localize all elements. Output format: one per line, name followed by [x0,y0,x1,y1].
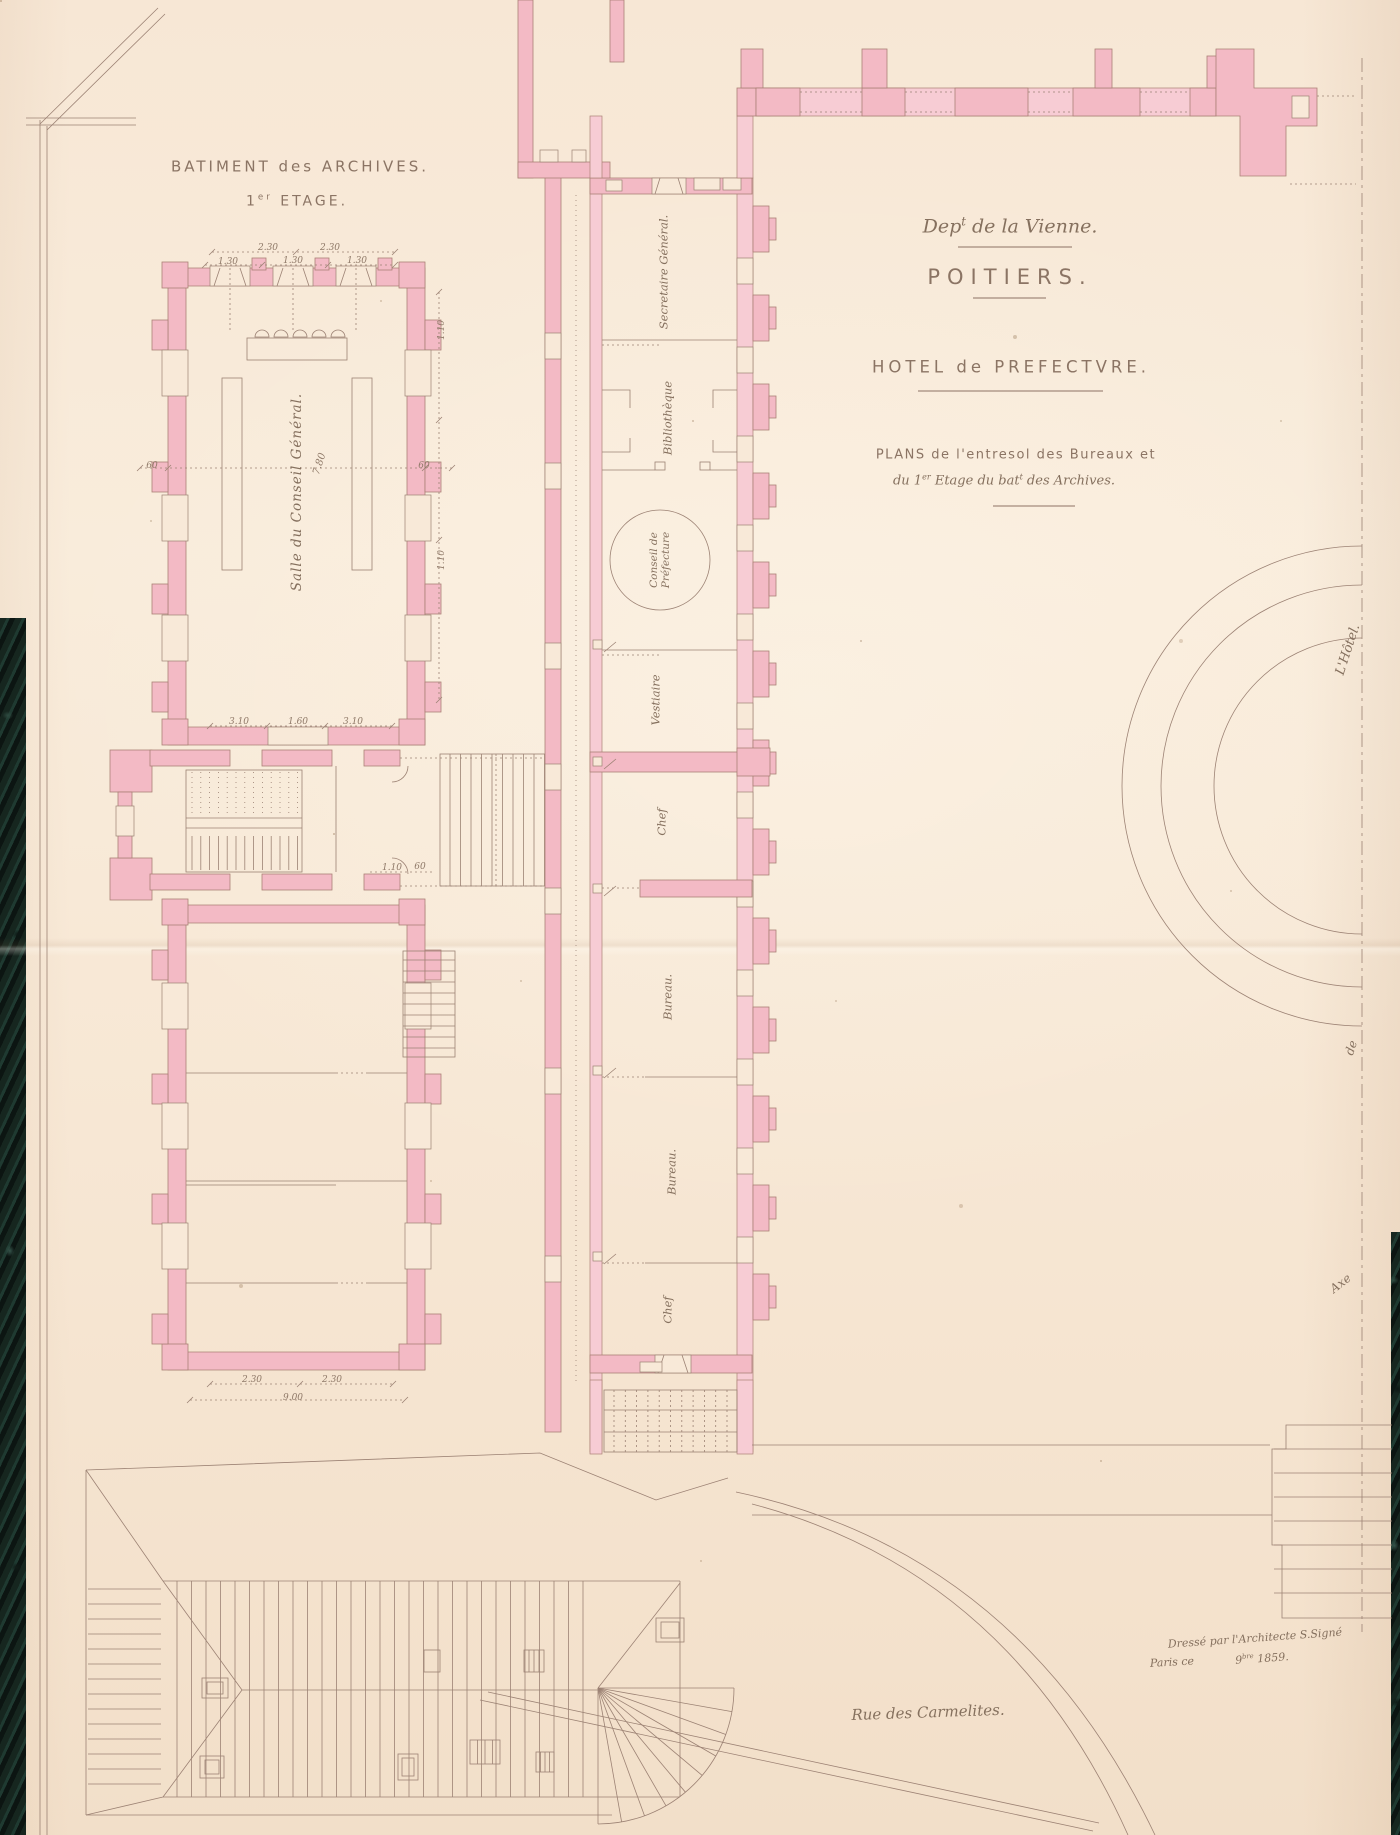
dept-pre: Dep [923,216,962,238]
title-batiment-archives: BATIMENT des ARCHIVES. [171,158,429,175]
stair-hall [110,750,552,900]
title-plans-line2: du 1er Etage du batt des Archives. [893,472,1115,489]
dim-side-1: 1.10 [437,320,447,340]
title-department: Dept de la Vienne. [923,215,1098,238]
gable-hatching [88,1589,161,1784]
dim-bottom-2: 2.30 [322,1375,342,1385]
courtyard-arcs [1122,546,1362,1026]
room-label-salle-du-conseil: Salle du Conseil Général. [290,393,306,591]
room-label-vestiaire: Vestiaire [649,674,662,725]
dim-mid-left: 60 [146,461,157,471]
title-plans-line1: PLANS de l'entresol des Bureaux et [876,449,1156,464]
room-label-chef-2: Chef [661,1296,674,1323]
etage-sup: er [258,193,273,203]
plan-linework [0,0,1400,1835]
room-label-chef-1: Chef [655,808,668,835]
curved-stair-fan [598,1688,734,1824]
dim-top-small-3: 1.30 [347,256,367,266]
dim-stair-3: 3.10 [343,717,363,727]
room-label-bureau-2: Bureau. [665,1149,678,1195]
room-label-bibliotheque: Bibliothèque [661,381,674,455]
dim-stair-2: 1.60 [288,717,308,727]
dim-stair-small-1: 1.10 [382,863,402,873]
room-label-bureau-1: Bureau. [661,974,674,1020]
title-city: POITIERS. [927,265,1092,289]
stair-upper-flight [192,772,298,816]
dim-stair-small-2: 60 [414,862,425,872]
room-label-secretaire-general: Secretaire Général. [657,215,670,329]
plans2-sup1: er [922,472,931,481]
dept-post: de la Vienne. [966,216,1097,238]
dimension-lines [190,252,432,1400]
terrace-steps [752,1425,1392,1618]
plans2-b: Etage du bat [931,474,1020,489]
dim-top-small-1: 1.30 [218,257,238,267]
dim-total-9-00: 9.00 [283,1393,303,1403]
etage-word: ETAGE. [273,193,348,209]
vent-bars [478,1650,550,1772]
conseil-line1: Conseil de [648,532,660,589]
grand-stair-steps [450,754,545,886]
page-margin-lines [26,8,165,1835]
top-left-complex [518,0,770,178]
etage-number: 1 [246,193,258,209]
title-hotel: HOTEL de PREFECTVRE. [872,359,1150,378]
date-sup: bre [1242,1652,1254,1661]
conseil-line2: Préfecture [660,532,672,589]
dim-bottom-1: 2.30 [242,1375,262,1385]
date-year: 1859. [1253,1650,1289,1665]
scanned-plan-sheet: BATIMENT des ARCHIVES. 1er ETAGE. Dept d… [0,0,1400,1835]
title-etage: 1er ETAGE. [246,193,348,210]
roof-hatching [177,1581,583,1797]
dim-mid-right: 60 [418,461,429,471]
roof-plan [86,1453,1155,1835]
dim-top-2: 2.30 [320,243,340,253]
room-label-conseil-de-prefecture: Conseil dePréfecture [648,532,672,589]
dim-top-small-2: 1.30 [283,256,303,266]
dim-top-1: 2.30 [258,243,278,253]
step-rows [1274,1449,1392,1593]
stair-lower-flight [192,836,298,870]
dim-side-2: 1.10 [437,550,447,570]
archives-lower-block [152,899,455,1370]
plans2-a: du 1 [893,474,922,489]
dim-stair-1: 3.10 [229,717,249,727]
wing-bottom-stair [614,1390,727,1452]
facade-wall [756,49,1356,184]
plans2-c: des Archives. [1023,474,1115,489]
signature-place: Paris ce [1150,1656,1195,1671]
